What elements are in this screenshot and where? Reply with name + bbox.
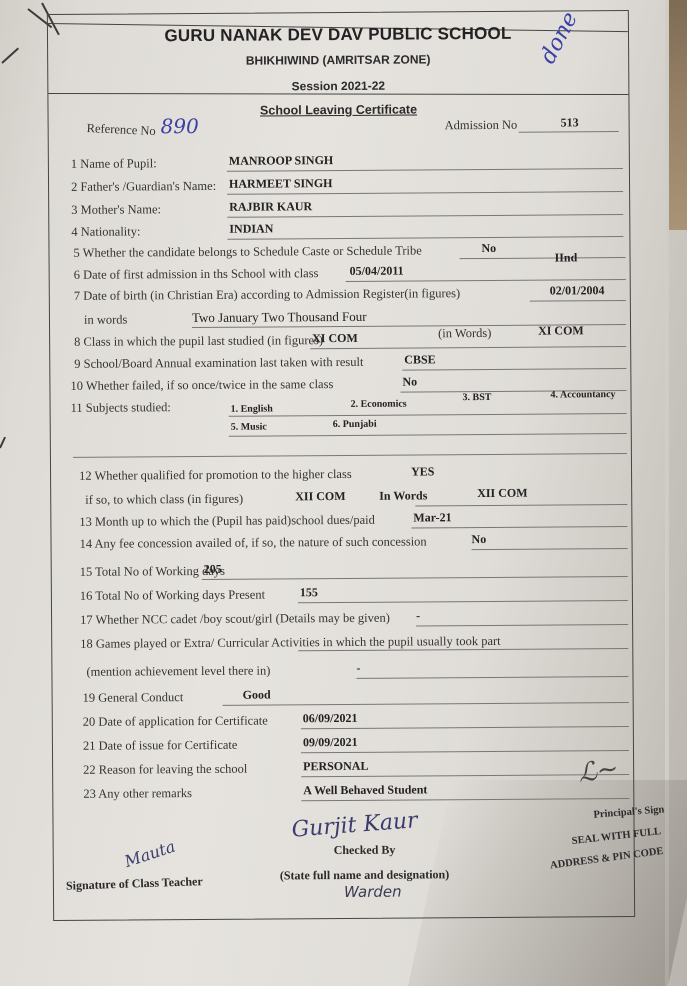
field-value: 06/09/2021: [303, 711, 358, 726]
field-row-10: 10 Whether failed, if so once/twice in t…: [50, 373, 630, 397]
certificate-fields: 1 Name of Pupil:MANROOP SINGH2 Father's …: [48, 11, 628, 15]
certificate-border: GURU NANAK DEV DAV PUBLIC SCHOOL BHIKHIW…: [47, 10, 635, 921]
admission-label: Admission No: [445, 118, 518, 134]
field-underline: [356, 676, 628, 679]
field-label: 22 Reason for leaving the school: [83, 762, 247, 778]
field-value: MANROOP SINGH: [229, 153, 333, 169]
field-label: 21 Date of issue for Certificate: [83, 738, 238, 754]
field-value: 155: [300, 585, 318, 600]
field-underline: [298, 600, 628, 603]
field-label: 12 Whether qualified for promotion to th…: [79, 467, 352, 484]
session: Session 2021-22: [48, 77, 628, 95]
subject-item: 6. Punjabi: [333, 419, 377, 430]
field-value: 05/04/2011: [350, 264, 404, 279]
field-underline: [301, 726, 629, 729]
field-label: if so, to which class (in figures): [85, 492, 243, 508]
field-row-cont-20: (mention achievement level there in)-: [52, 659, 632, 683]
field-underline: [346, 279, 626, 282]
field-underline: [227, 191, 623, 195]
field-label: 10 Whether failed, if so once/twice in t…: [70, 377, 333, 394]
subject-item: 4. Accountancy: [550, 389, 615, 400]
field-underline: [229, 413, 627, 417]
field-value: CBSE: [404, 352, 435, 367]
class-teacher-label: Signature of Class Teacher: [66, 874, 203, 894]
field-value: Good: [243, 687, 271, 702]
field-underline: [227, 168, 623, 172]
field-label: 20 Date of application for Certificate: [83, 714, 268, 730]
class-teacher-signature: Mauta: [122, 837, 178, 872]
field-value: HARMEET SINGH: [229, 176, 333, 192]
field-label: 5 Whether the candidate belongs to Sched…: [73, 243, 421, 260]
field-underline: [415, 504, 627, 506]
field-row-13: 13 Month up to which the (Pupil has paid…: [51, 509, 631, 533]
field-label: in words: [84, 312, 128, 327]
field-row-5: 5 Whether the candidate belongs to Sched…: [49, 240, 629, 264]
field-value: 02/01/2004: [550, 283, 605, 298]
field-value: -: [356, 661, 360, 676]
field-value: XI COM: [312, 331, 358, 346]
field-secondary-label: (in Words): [438, 326, 491, 341]
field-row-1: 1 Name of Pupil:MANROOP SINGH: [49, 151, 629, 175]
field-label: 3 Mother's Name:: [71, 202, 161, 218]
subject-item: 2. Economics: [351, 399, 407, 410]
field-row-cont-13: if so, to which class (in figures)XII CO…: [51, 487, 631, 511]
field-underline: [301, 750, 629, 753]
field-underline: [301, 798, 629, 801]
field-label: 14 Any fee concession availed of, if so,…: [79, 534, 426, 551]
field-value: Two January Two Thousand Four: [192, 309, 367, 326]
field-underline: [416, 624, 628, 626]
field-secondary-value: XI COM: [538, 323, 584, 338]
field-secondary-label: In Words: [379, 488, 427, 503]
admission-number: 513: [561, 115, 579, 130]
field-underline: [460, 257, 626, 259]
field-row-7: 7 Date of birth (in Christian Era) accor…: [50, 283, 630, 307]
margin-scribble: [0, 437, 6, 449]
field-label: 2 Father's /Guardian's Name:: [71, 179, 216, 195]
admission-underline: [519, 131, 619, 133]
certificate-title: School Leaving Certificate: [48, 101, 628, 119]
field-row-17: 17 Whether NCC cadet /boy scout/girl (De…: [52, 607, 632, 631]
field-label: 13 Month up to which the (Pupil has paid…: [79, 513, 375, 530]
field-underline: [472, 548, 628, 550]
field-secondary-value: XII COM: [477, 486, 527, 501]
field-label: 6 Date of first admission in ths School …: [74, 266, 319, 283]
reference-label: Reference No: [86, 121, 156, 139]
field-row-11: 11 Subjects studied:1. English2. Economi…: [51, 395, 631, 419]
designation-label: (State full name and designation): [280, 867, 449, 883]
field-row-8: 8 Class in which the pupil last studied …: [50, 329, 630, 353]
margin-scribble: [1, 48, 19, 64]
field-row-19: 19 General ConductGood: [53, 685, 633, 709]
field-row-3: 3 Mother's Name:RAJBIR KAUR: [49, 197, 629, 221]
field-value: XII COM: [295, 489, 345, 504]
subject-item: 3. BST: [462, 392, 491, 403]
field-label: 17 Whether NCC cadet /boy scout/girl (De…: [80, 611, 390, 628]
field-row-23: 23 Any other remarksA Well Behaved Stude…: [53, 781, 633, 805]
field-underline: [202, 576, 628, 580]
field-value: -: [416, 608, 420, 623]
reference-number: 890: [161, 114, 199, 138]
field-row-22: 22 Reason for leaving the schoolPERSONAL: [53, 757, 633, 781]
field-label: 1 Name of Pupil:: [71, 156, 157, 172]
field-value: YES: [411, 464, 434, 479]
designation-handwriting: Warden: [344, 883, 402, 901]
field-value: Mar-21: [413, 510, 451, 525]
field-row-20: 20 Date of application for Certificate06…: [53, 709, 633, 733]
field-label: 11 Subjects studied:: [71, 400, 171, 416]
field-value: INDIAN: [229, 221, 273, 236]
field-value: RAJBIR KAUR: [229, 199, 312, 215]
field-row-15: 15 Total No of Working days205: [52, 559, 632, 583]
field-row-14: 14 Any fee concession availed of, if so,…: [51, 531, 631, 555]
field-underline: [73, 453, 627, 458]
field-underline: [530, 300, 626, 302]
field-underline: [402, 368, 626, 371]
field-value: PERSONAL: [303, 759, 368, 774]
field-label: 4 Nationality:: [71, 224, 140, 239]
field-row-9: 9 School/Board Annual examination last t…: [50, 351, 630, 375]
field-value: No: [402, 374, 417, 389]
field-label: 16 Total No of Working days Present: [80, 588, 265, 604]
field-underline: [229, 433, 627, 437]
field-underline: [310, 346, 626, 349]
subject-item: 1. English: [231, 403, 273, 414]
field-value: 205: [204, 562, 222, 577]
field-label: 9 School/Board Annual examination last t…: [74, 355, 363, 372]
field-label: 7 Date of birth (in Christian Era) accor…: [74, 286, 460, 304]
field-underline: [223, 702, 629, 706]
field-row-18: 18 Games played or Extra/ Curricular Act…: [52, 631, 632, 655]
field-label: 19 General Conduct: [83, 690, 184, 706]
field-underline: [227, 236, 623, 240]
field-label: 23 Any other remarks: [83, 786, 192, 802]
field-underline: [411, 526, 627, 529]
field-row-21: 21 Date of issue for Certificate09/09/20…: [53, 733, 633, 757]
field-row-6: 6 Date of first admission in ths School …: [50, 262, 630, 286]
field-secondary-value: IInd: [555, 250, 578, 265]
field-value: No: [481, 241, 496, 256]
certificate-page: GURU NANAK DEV DAV PUBLIC SCHOOL BHIKHIW…: [0, 0, 665, 986]
field-row-4: 4 Nationality:INDIAN: [49, 219, 629, 243]
checked-by-label: Checked By: [334, 843, 396, 858]
field-label: (mention achievement level there in): [86, 663, 270, 679]
principal-signature: ℒ~: [576, 753, 620, 789]
field-row-16: 16 Total No of Working days Present155: [52, 583, 632, 607]
field-value: A Well Behaved Student: [303, 782, 427, 798]
field-value: No: [471, 532, 486, 547]
field-row-12: 12 Whether qualified for promotion to th…: [51, 463, 631, 487]
field-label: 8 Class in which the pupil last studied …: [74, 333, 323, 350]
checked-by-signature: Gurjit Kaur: [291, 808, 419, 843]
field-value: 09/09/2021: [303, 735, 358, 750]
field-underline: [227, 214, 623, 218]
subject-item: 5. Music: [231, 422, 267, 433]
field-row-2: 2 Father's /Guardian's Name:HARMEET SING…: [49, 174, 629, 198]
